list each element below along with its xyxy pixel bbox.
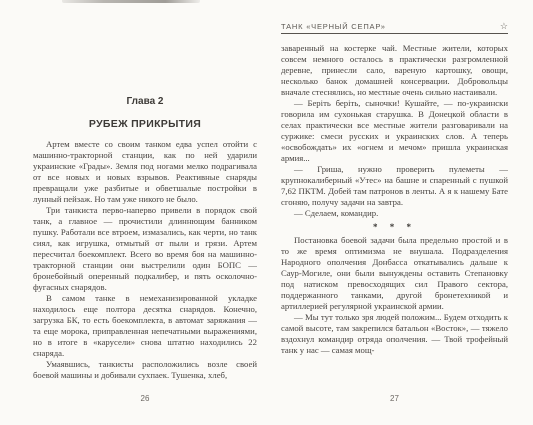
chapter-label: Глава 2 xyxy=(33,96,257,107)
paragraph: В самом танке в немеханизированной уклад… xyxy=(33,293,257,359)
paragraph: Артем вместе со своим танком едва успел … xyxy=(33,139,257,205)
page-right: ТАНК «ЧЕРНЫЙ СЕПАР» ☆ заваренный на кост… xyxy=(281,0,508,425)
page-number-left: 26 xyxy=(33,394,257,403)
page-left-body: Артем вместе со своим танком едва успел … xyxy=(33,139,257,381)
book-spread: Глава 2 РУБЕЖ ПРИКРЫТИЯ Артем вместе со … xyxy=(0,0,533,425)
paragraph: Постановка боевой задачи была предельно … xyxy=(281,235,508,312)
paragraph: — Сделаем, командир. xyxy=(281,208,508,219)
paragraph: — Беріть беріть, сыночки! Кушайте, — по-… xyxy=(281,98,508,164)
paragraph: — Мы тут только зря людей положим... Буд… xyxy=(281,312,508,356)
page-left: Глава 2 РУБЕЖ ПРИКРЫТИЯ Артем вместе со … xyxy=(33,0,257,425)
section-separator: * * * xyxy=(281,222,508,233)
paragraph: Умаявшись, танкисты расположились возле … xyxy=(33,359,257,381)
running-title: ТАНК «ЧЕРНЫЙ СЕПАР» xyxy=(281,22,386,31)
paragraph: заваренный на костерке чай. Местные жите… xyxy=(281,43,508,98)
running-header: ТАНК «ЧЕРНЫЙ СЕПАР» ☆ xyxy=(281,0,508,34)
paragraph: — Гриша, нужно проверить пулеметы — круп… xyxy=(281,164,508,208)
page-right-body: заваренный на костерке чай. Местные жите… xyxy=(281,43,508,356)
chapter-title: РУБЕЖ ПРИКРЫТИЯ xyxy=(33,118,257,130)
page-number-right: 27 xyxy=(281,394,508,403)
star-icon: ☆ xyxy=(500,22,508,31)
paragraph: Три танкиста перво-наперво привели в пор… xyxy=(33,205,257,293)
